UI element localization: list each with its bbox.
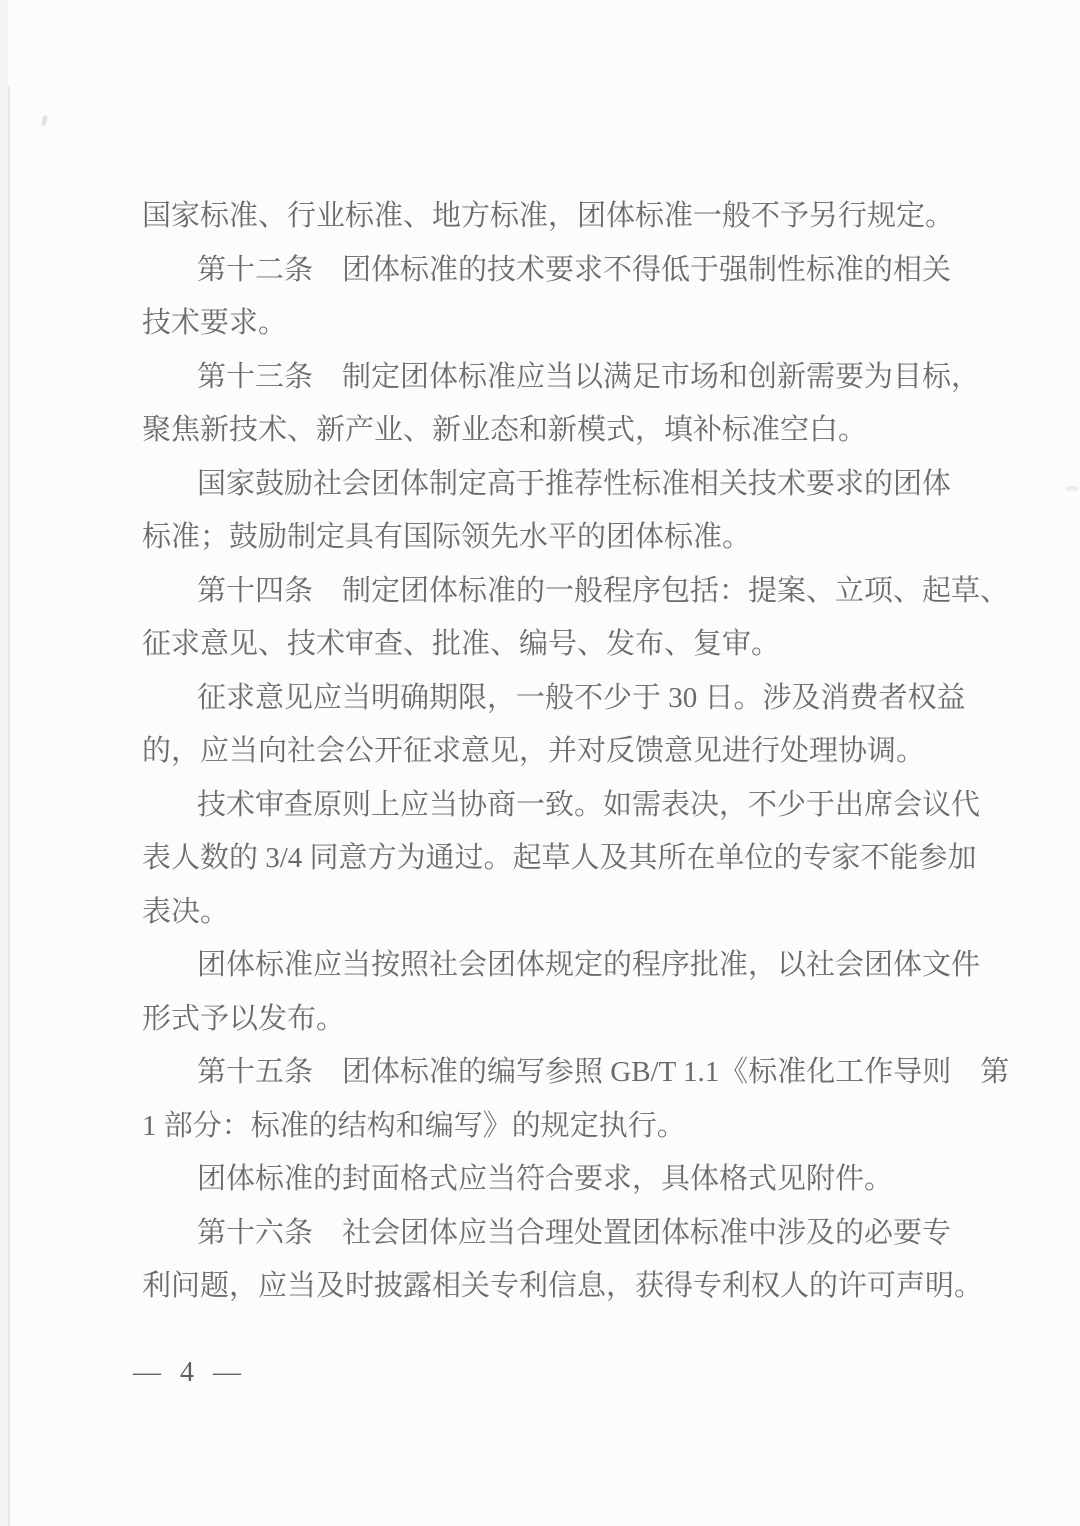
text-line: 国家标准、行业标准、地方标准，团体标准一般不予另行规定。 — [142, 190, 954, 244]
scan-edge-line — [8, 85, 10, 1526]
document-body: 国家标准、行业标准、地方标准，团体标准一般不予另行规定。第十二条 团体标准的技术… — [142, 190, 954, 1314]
text-line: 第十四条 制定团体标准的一般程序包括：提案、立项、起草、 — [142, 565, 954, 619]
text-line: 国家鼓励社会团体制定高于推荐性标准相关技术要求的团体 — [142, 458, 954, 512]
text-line: 团体标准应当按照社会团体规定的程序批准，以社会团体文件 — [142, 939, 954, 993]
text-line: 技术审查原则上应当协商一致。如需表决，不少于出席会议代 — [142, 779, 954, 833]
text-line: 征求意见应当明确期限，一般不少于 30 日。涉及消费者权益 — [142, 672, 954, 726]
scan-speck — [1066, 486, 1078, 491]
text-line: 形式予以发布。 — [142, 993, 954, 1047]
text-line: 第十五条 团体标准的编写参照 GB/T 1.1《标准化工作导则 第 — [142, 1046, 954, 1100]
scan-speck — [41, 115, 48, 127]
text-line: 利问题，应当及时披露相关专利信息，获得专利权人的许可声明。 — [142, 1260, 954, 1314]
text-line: 征求意见、技术审查、批准、编号、发布、复审。 — [142, 618, 954, 672]
text-line: 聚焦新技术、新产业、新业态和新模式，填补标准空白。 — [142, 404, 954, 458]
text-line: 1 部分：标准的结构和编写》的规定执行。 — [142, 1100, 954, 1154]
text-line: 标准；鼓励制定具有国际领先水平的团体标准。 — [142, 511, 954, 565]
text-line: 第十六条 社会团体应当合理处置团体标准中涉及的必要专 — [142, 1207, 954, 1261]
text-line: 团体标准的封面格式应当符合要求，具体格式见附件。 — [142, 1153, 954, 1207]
text-line: 表人数的 3/4 同意方为通过。起草人及其所在单位的专家不能参加 — [142, 832, 954, 886]
scan-edge-band — [0, 0, 8, 1526]
text-line: 第十三条 制定团体标准应当以满足市场和创新需要为目标， — [142, 351, 954, 405]
text-line: 第十二条 团体标准的技术要求不得低于强制性标准的相关 — [142, 244, 954, 298]
document-page: 国家标准、行业标准、地方标准，团体标准一般不予另行规定。第十二条 团体标准的技术… — [0, 0, 1080, 1526]
text-line: 的，应当向社会公开征求意见，并对反馈意见进行处理协调。 — [142, 725, 954, 779]
text-line: 技术要求。 — [142, 297, 954, 351]
page-number: — 4 — — [133, 1356, 247, 1390]
text-line: 表决。 — [142, 886, 954, 940]
